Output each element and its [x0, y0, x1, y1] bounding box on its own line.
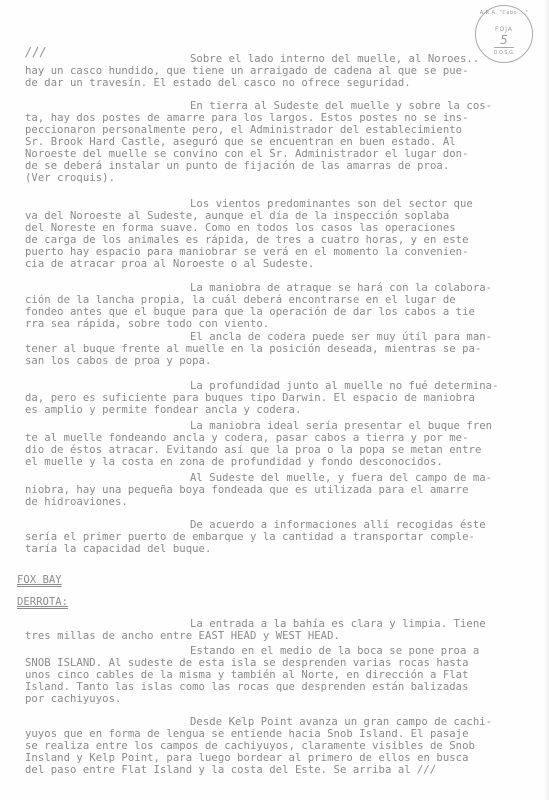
text-line: da, pero es suficiente para buques tipo …	[25, 392, 475, 404]
stamp-underline	[494, 47, 514, 48]
text-line: unos cinco cables de la misma y también …	[25, 669, 469, 681]
text-line: es amplio y permite fondear ancla y code…	[25, 404, 301, 416]
text-line: de hidroaviones.	[25, 496, 128, 508]
text-line: ción de la lancha propia, la cuál deberá…	[25, 294, 456, 306]
text-line: SNOB ISLAND. Al sudeste de esta isla se …	[25, 657, 469, 669]
text-line: (Ver croquis).	[25, 172, 115, 184]
text-line: El ancla de codera puede ser muy útil pa…	[190, 331, 492, 343]
text-line: del Noreste en forma suave. Como en todo…	[25, 222, 456, 234]
text-line: se realiza entre los campos de cachiyuyo…	[25, 740, 475, 752]
document-page: A.R.A. "Cabo ..." FOJA 5 D.O.S.G. /// So…	[0, 0, 549, 800]
section-subtitle: DERROTA:	[17, 596, 68, 608]
text-line: niobra, hay una pequeña boya fondeada qu…	[25, 484, 469, 496]
text-line: san los cabos de proa y popa.	[25, 355, 211, 367]
text-line: En tierra al Sudeste del muelle y sobre …	[190, 100, 492, 112]
text-line: Desde Kelp Point avanza un gran campo de…	[190, 716, 492, 728]
folio-stamp: A.R.A. "Cabo ..." FOJA 5 D.O.S.G.	[475, 5, 533, 63]
text-line: Al Sudeste del muelle, y fuera del campo…	[190, 472, 492, 484]
text-line: rra sea rápida, sobre todo con viento.	[25, 318, 269, 330]
text-line: fondeo antes que el buque para que la op…	[25, 306, 475, 318]
text-line: de dar un travesín. El estado del casco …	[25, 77, 411, 89]
text-line: Insland y Kelp Point, para luego bordear…	[25, 752, 469, 764]
text-line: La maniobra de atraque se hará con la co…	[190, 282, 492, 294]
text-line: el muelle y la costa en zona de profundi…	[25, 456, 443, 468]
end-continuation-marker: ///	[417, 764, 436, 776]
text-line: Los vientos predominantes son del sector…	[190, 198, 473, 210]
text-line: yuyos que en forma de lengua se entiende…	[25, 728, 469, 740]
stamp-label: FOJA	[476, 26, 532, 33]
text-line: te al muelle fondeando ancla y codera, p…	[25, 432, 469, 444]
text-line: ta, hay dos postes de amarre para los la…	[25, 112, 469, 124]
text-line: Island. Tanto las islas como las rocas q…	[25, 681, 469, 693]
text-line: Sr. Brook Hard Castle, aseguró que se en…	[25, 136, 456, 148]
text-line: puerto hay espacio para maniobrar se ver…	[25, 246, 469, 258]
page-edge-shadow	[543, 0, 549, 800]
text-line-content: del paso entre Flat Island y la costa de…	[25, 764, 411, 776]
text-line: sería el primer puerto de embarque y la …	[25, 531, 475, 543]
section-title: FOX BAY	[17, 574, 62, 586]
text-line: tener al buque frente al muelle en la po…	[25, 343, 481, 355]
text-line: del paso entre Flat Island y la costa de…	[25, 764, 436, 776]
text-line: por cachiyuyos.	[25, 693, 121, 705]
text-line: La profundidad junto al muelle no fué de…	[190, 380, 499, 392]
text-line: La maniobra ideal sería presentar el buq…	[190, 420, 492, 432]
stamp-page-number: 5	[476, 33, 532, 47]
text-line: cia de atracar proa al Noroeste o al Sud…	[25, 258, 314, 270]
text-line: de se deberá instalar un punto de fijaci…	[25, 160, 449, 172]
text-line: La entrada a la bahía es clara y limpia.…	[190, 618, 486, 630]
text-line: peccionaron personalmente pero, el Admin…	[25, 124, 462, 136]
text-line: taría la capacidad del buque.	[25, 543, 211, 555]
text-line: Sobre el lado interno del muelle, al Nor…	[190, 53, 479, 65]
text-line: De acuerdo a informaciones allí recogida…	[190, 519, 486, 531]
continuation-marker: ///	[25, 45, 47, 59]
stamp-bottom-text: D.O.S.G.	[476, 50, 532, 56]
text-line: Noroeste del muelle se convino con el Sr…	[25, 148, 469, 160]
text-line: Estando en el medio de la boca se pone p…	[190, 645, 479, 657]
text-line: hay un casco hundido, que tiene un arrai…	[25, 65, 469, 77]
stamp-ring-text: A.R.A. "Cabo ..."	[476, 10, 532, 16]
text-line: dio de éstos atracar. Evitando así que l…	[25, 444, 481, 456]
text-line: va del Noroeste al Sudeste, aunque el dí…	[25, 210, 449, 222]
text-line: tres millas de ancho entre EAST HEAD y W…	[25, 630, 340, 642]
text-line: de carga de los animales es rápida, de t…	[25, 234, 469, 246]
